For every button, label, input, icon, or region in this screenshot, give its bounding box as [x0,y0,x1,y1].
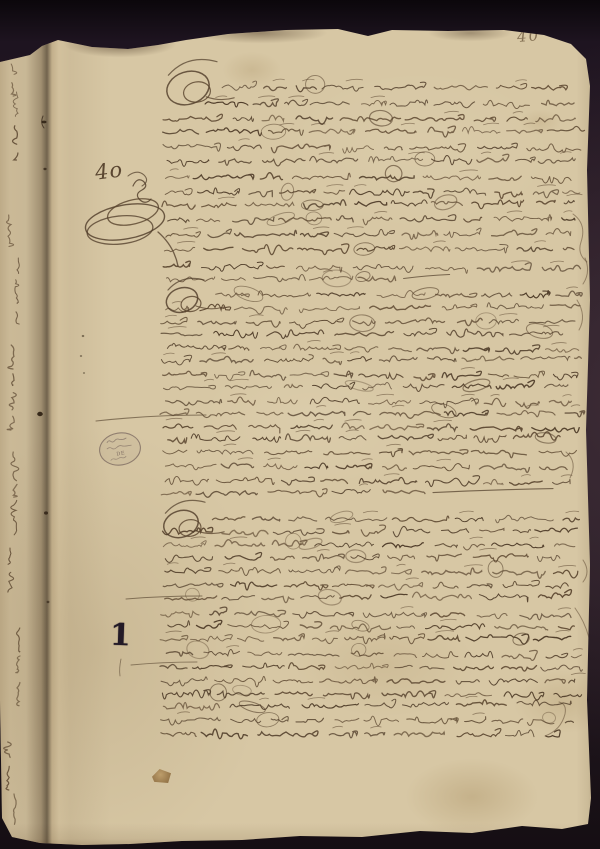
margin-rubric-glyphs: 4o [94,157,125,184]
margin-rubric-flourish [83,172,178,266]
folio-number: 40 [516,26,541,46]
manuscript-photo: DE 40 4o 1 [0,0,600,849]
handwriting-paragraph-2 [160,278,585,497]
handwriting-paragraph-3 [160,500,585,738]
archive-stamp: DE [97,430,143,468]
binding-stitch-marks [37,116,85,603]
manuscript-page: DE 40 4o 1 [0,0,600,849]
margin-numeral-mark: 1 [109,618,131,654]
handwriting-ink-layer: DE [0,0,600,849]
handwriting-paragraph-1 [162,59,585,287]
facing-page-edge-writing [4,64,20,824]
stamp-smudge [97,430,143,468]
